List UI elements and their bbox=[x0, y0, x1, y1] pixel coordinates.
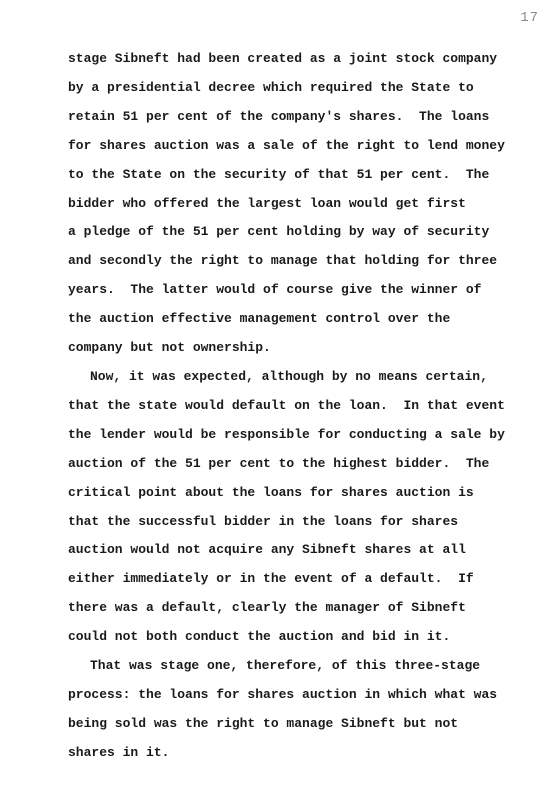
text-line: company but not ownership. bbox=[68, 334, 538, 363]
text-line: there was a default, clearly the manager… bbox=[68, 594, 538, 623]
text-line: stage Sibneft had been created as a join… bbox=[68, 45, 538, 74]
text-line: years. The latter would of course give t… bbox=[68, 276, 538, 305]
text-line: either immediately or in the event of a … bbox=[68, 565, 538, 594]
text-line: the lender would be responsible for cond… bbox=[68, 421, 538, 450]
document-page: 17 stage Sibneft had been created as a j… bbox=[0, 0, 558, 789]
text-line: to the State on the security of that 51 … bbox=[68, 161, 538, 190]
page-number: 17 bbox=[520, 10, 539, 26]
text-line: that the state would default on the loan… bbox=[68, 392, 538, 421]
text-line: shares in it. bbox=[68, 739, 538, 768]
text-line: being sold was the right to manage Sibne… bbox=[68, 710, 538, 739]
text-line: a pledge of the 51 per cent holding by w… bbox=[68, 218, 538, 247]
text-line: and secondly the right to manage that ho… bbox=[68, 247, 538, 276]
text-lines: stage Sibneft had been created as a join… bbox=[68, 45, 538, 768]
text-line: that the successful bidder in the loans … bbox=[68, 508, 538, 537]
text-line: process: the loans for shares auction in… bbox=[68, 681, 538, 710]
text-line: bidder who offered the largest loan woul… bbox=[68, 190, 538, 219]
text-line: the auction effective management control… bbox=[68, 305, 538, 334]
text-line: critical point about the loans for share… bbox=[68, 479, 538, 508]
text-line: retain 51 per cent of the company's shar… bbox=[68, 103, 538, 132]
text-line: could not both conduct the auction and b… bbox=[68, 623, 538, 652]
text-line: auction of the 51 per cent to the highes… bbox=[68, 450, 538, 479]
text-line: by a presidential decree which required … bbox=[68, 74, 538, 103]
text-line: That was stage one, therefore, of this t… bbox=[68, 652, 538, 681]
text-line: auction would not acquire any Sibneft sh… bbox=[68, 536, 538, 565]
text-line: Now, it was expected, although by no mea… bbox=[68, 363, 538, 392]
text-line: for shares auction was a sale of the rig… bbox=[68, 132, 538, 161]
